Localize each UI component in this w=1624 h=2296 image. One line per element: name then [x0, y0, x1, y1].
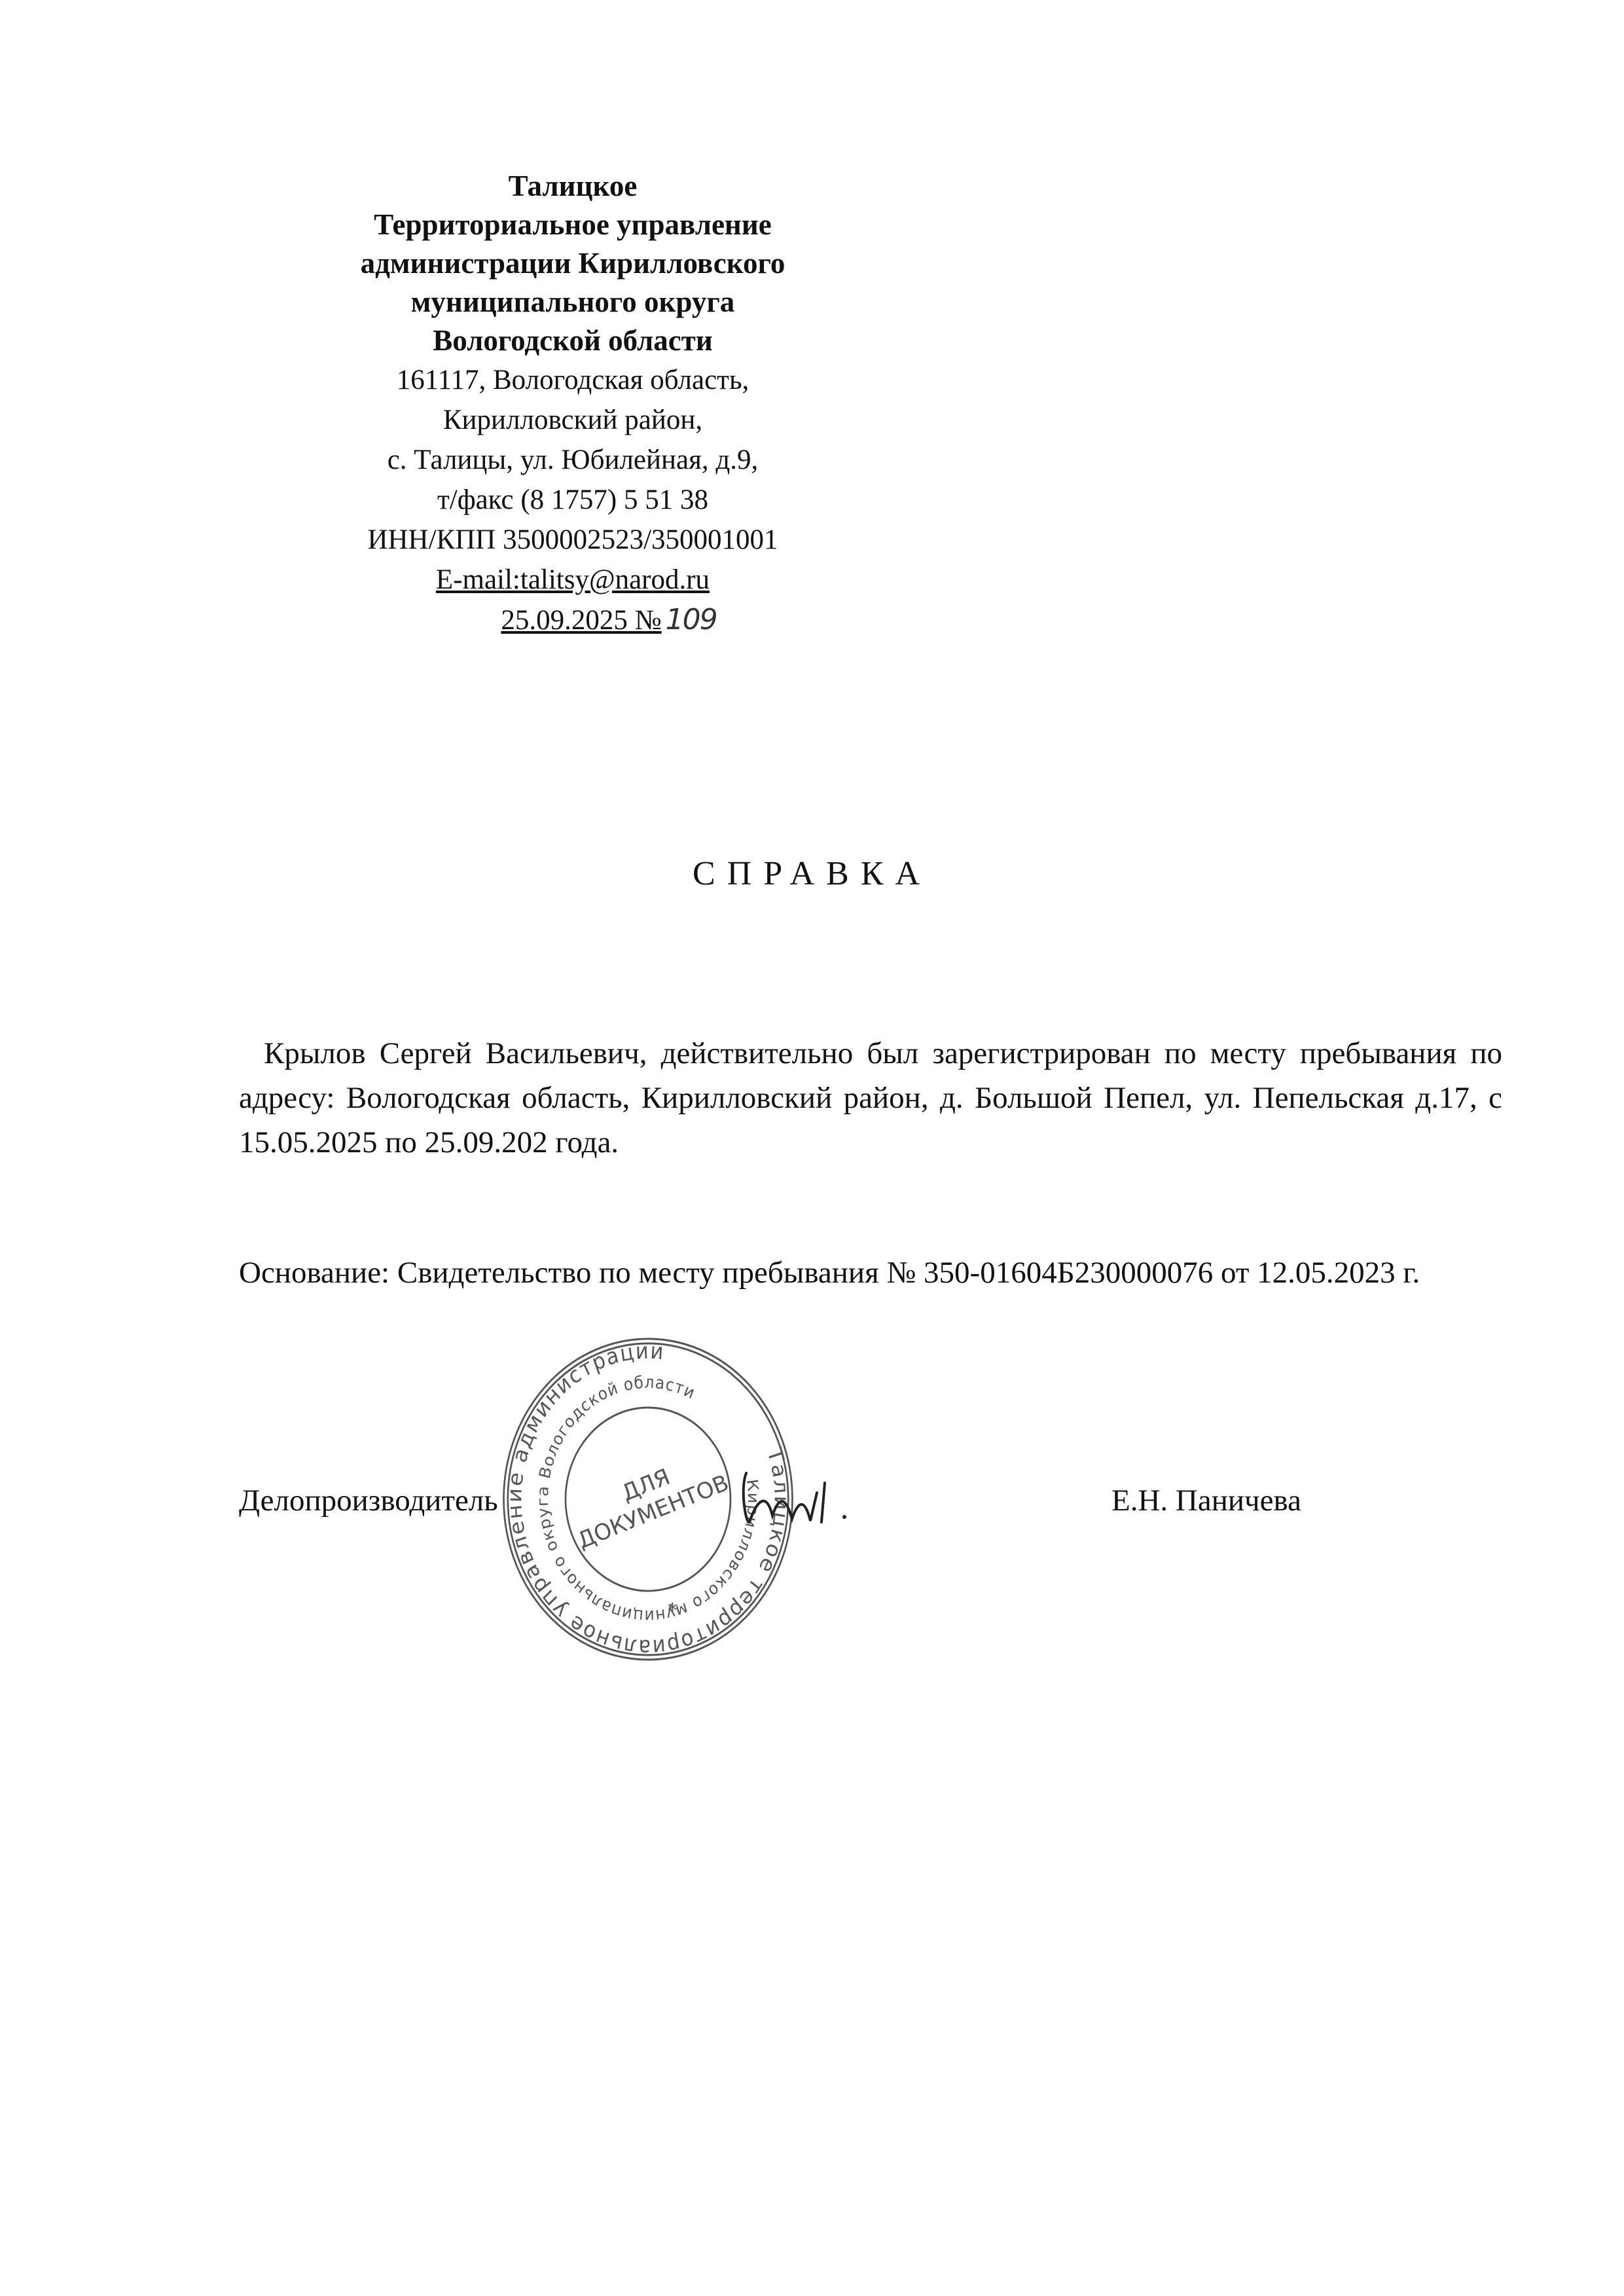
phone-fax: т/факс (8 1757) 5 51 38 [262, 480, 884, 520]
email: E-mail:talitsy@narod.ru [262, 560, 884, 600]
document-body: Крылов Сергей Васильевич, действительно … [239, 1031, 1502, 1165]
stamp-star: * [668, 1599, 677, 1622]
document-basis: Основание: Свидетельство по месту пребыв… [239, 1250, 1502, 1295]
org-name-line-3: администрации Кирилловского [262, 244, 884, 283]
org-name-line-4: муниципального округа [262, 283, 884, 321]
handwritten-signature-icon [733, 1463, 864, 1535]
document-title: СПРАВКА [0, 854, 1624, 893]
signer-name: Е.Н. Паничева [1111, 1483, 1301, 1518]
handwritten-number: 109 [666, 603, 717, 636]
letterhead: Талицкое Территориальное управление адми… [262, 167, 884, 640]
document-date: 25.09.2025 № [501, 605, 661, 636]
stamp-inner-text: Кирилловского муниципального округа Воло… [533, 1372, 763, 1627]
signature-row: Делопроизводитель Е.Н. Паничева [239, 1483, 1502, 1535]
org-name-line-2: Территориальное управление [262, 206, 884, 244]
inn-kpp: ИНН/КПП 3500002523/350001001 [262, 520, 884, 560]
svg-text:Кирилловского муниципального о: Кирилловского муниципального округа Воло… [533, 1372, 763, 1627]
date-number: 25.09.2025 №109 [262, 600, 884, 640]
address-line-1: 161117, Вологодская область, [262, 360, 884, 400]
signer-role: Делопроизводитель [239, 1483, 498, 1518]
address-line-3: с. Талицы, ул. Юбилейная, д.9, [262, 440, 884, 480]
address-line-2: Кирилловский район, [262, 400, 884, 440]
org-name-line-5: Вологодской области [262, 321, 884, 360]
org-name-line-1: Талицкое [262, 167, 884, 206]
